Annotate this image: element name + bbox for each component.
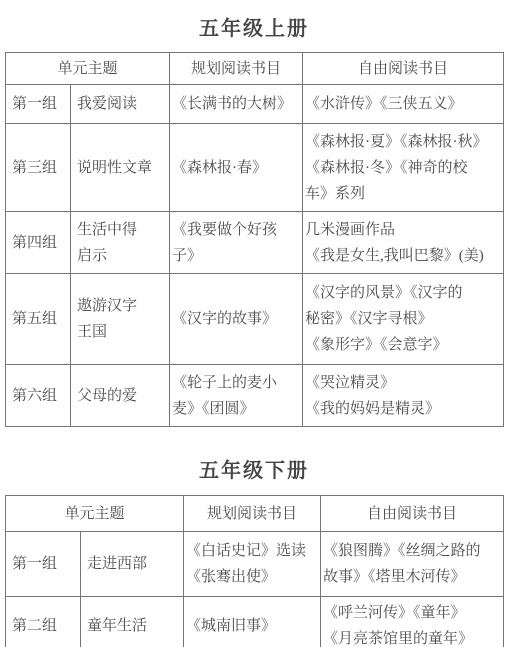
table1-header-free-books: 自由阅读书目 [303, 53, 504, 85]
group-cell: 第三组 [6, 124, 71, 212]
table2-title: 五年级下册 [5, 427, 503, 495]
document-page: 五年级上册 单元主题 规划阅读书目 自由阅读书目 第一组 我爱阅读 《长满书的大… [0, 0, 518, 647]
table2-header-row: 单元主题 规划阅读书目 自由阅读书目 [6, 496, 504, 532]
theme-cell: 走进西部 [81, 532, 184, 597]
group-cell: 第四组 [6, 212, 71, 274]
free-books-cell: 《哭泣精灵》 《我的妈妈是精灵》 [303, 365, 504, 427]
table2-header-free-books: 自由阅读书目 [321, 496, 504, 532]
free-books-cell: 《森林报·夏》《森林报·秋》 《森林报·冬》《神奇的校 车》系列 [303, 124, 504, 212]
table-row: 第三组 说明性文章 《森林报·春》 《森林报·夏》《森林报·秋》 《森林报·冬》… [6, 124, 504, 212]
planned-books-cell: 《我要做个好孩 子》 [170, 212, 303, 274]
planned-books-cell: 《白话史记》选读 《张骞出使》 [184, 532, 321, 597]
free-books-cell: 《呼兰河传》《童年》 《月亮茶馆里的童年》 [321, 597, 504, 647]
table1-header-planned-books: 规划阅读书目 [170, 53, 303, 85]
theme-cell: 我爱阅读 [71, 85, 170, 124]
table1-title: 五年级上册 [5, 0, 503, 52]
group-cell: 第一组 [6, 85, 71, 124]
planned-books-cell: 《森林报·春》 [170, 124, 303, 212]
group-cell: 第一组 [6, 532, 81, 597]
table-row: 第一组 我爱阅读 《长满书的大树》 《水浒传》《三侠五义》 [6, 85, 504, 124]
theme-cell: 生活中得 启示 [71, 212, 170, 274]
theme-cell: 说明性文章 [71, 124, 170, 212]
group-cell: 第五组 [6, 274, 71, 365]
table-row: 第四组 生活中得 启示 《我要做个好孩 子》 几米漫画作品 《我是女生,我叫巴黎… [6, 212, 504, 274]
planned-books-cell: 《城南旧事》 [184, 597, 321, 647]
table1-header-unit-theme: 单元主题 [6, 53, 170, 85]
table-row: 第二组 童年生活 《城南旧事》 《呼兰河传》《童年》 《月亮茶馆里的童年》 [6, 597, 504, 647]
free-books-cell: 《水浒传》《三侠五义》 [303, 85, 504, 124]
table-grade5-volume2: 单元主题 规划阅读书目 自由阅读书目 第一组 走进西部 《白话史记》选读 《张骞… [5, 495, 504, 647]
group-cell: 第二组 [6, 597, 81, 647]
table2-header-planned-books: 规划阅读书目 [184, 496, 321, 532]
theme-cell: 童年生活 [81, 597, 184, 647]
theme-cell: 遨游汉字 王国 [71, 274, 170, 365]
table-row: 第五组 遨游汉字 王国 《汉字的故事》 《汉字的风景》《汉字的 秘密》《汉字寻根… [6, 274, 504, 365]
table-row: 第六组 父母的爱 《轮子上的麦小 麦》《团圆》 《哭泣精灵》 《我的妈妈是精灵》 [6, 365, 504, 427]
planned-books-cell: 《汉字的故事》 [170, 274, 303, 365]
table-grade5-volume1: 单元主题 规划阅读书目 自由阅读书目 第一组 我爱阅读 《长满书的大树》 《水浒… [5, 52, 504, 427]
table1-header-row: 单元主题 规划阅读书目 自由阅读书目 [6, 53, 504, 85]
theme-cell: 父母的爱 [71, 365, 170, 427]
group-cell: 第六组 [6, 365, 71, 427]
planned-books-cell: 《长满书的大树》 [170, 85, 303, 124]
table2-header-unit-theme: 单元主题 [6, 496, 184, 532]
free-books-cell: 《汉字的风景》《汉字的 秘密》《汉字寻根》 《象形字》《会意字》 [303, 274, 504, 365]
planned-books-cell: 《轮子上的麦小 麦》《团圆》 [170, 365, 303, 427]
free-books-cell: 几米漫画作品 《我是女生,我叫巴黎》(美) [303, 212, 504, 274]
table-row: 第一组 走进西部 《白话史记》选读 《张骞出使》 《狼图腾》《丝绸之路的 故事》… [6, 532, 504, 597]
free-books-cell: 《狼图腾》《丝绸之路的 故事》《塔里木河传》 [321, 532, 504, 597]
